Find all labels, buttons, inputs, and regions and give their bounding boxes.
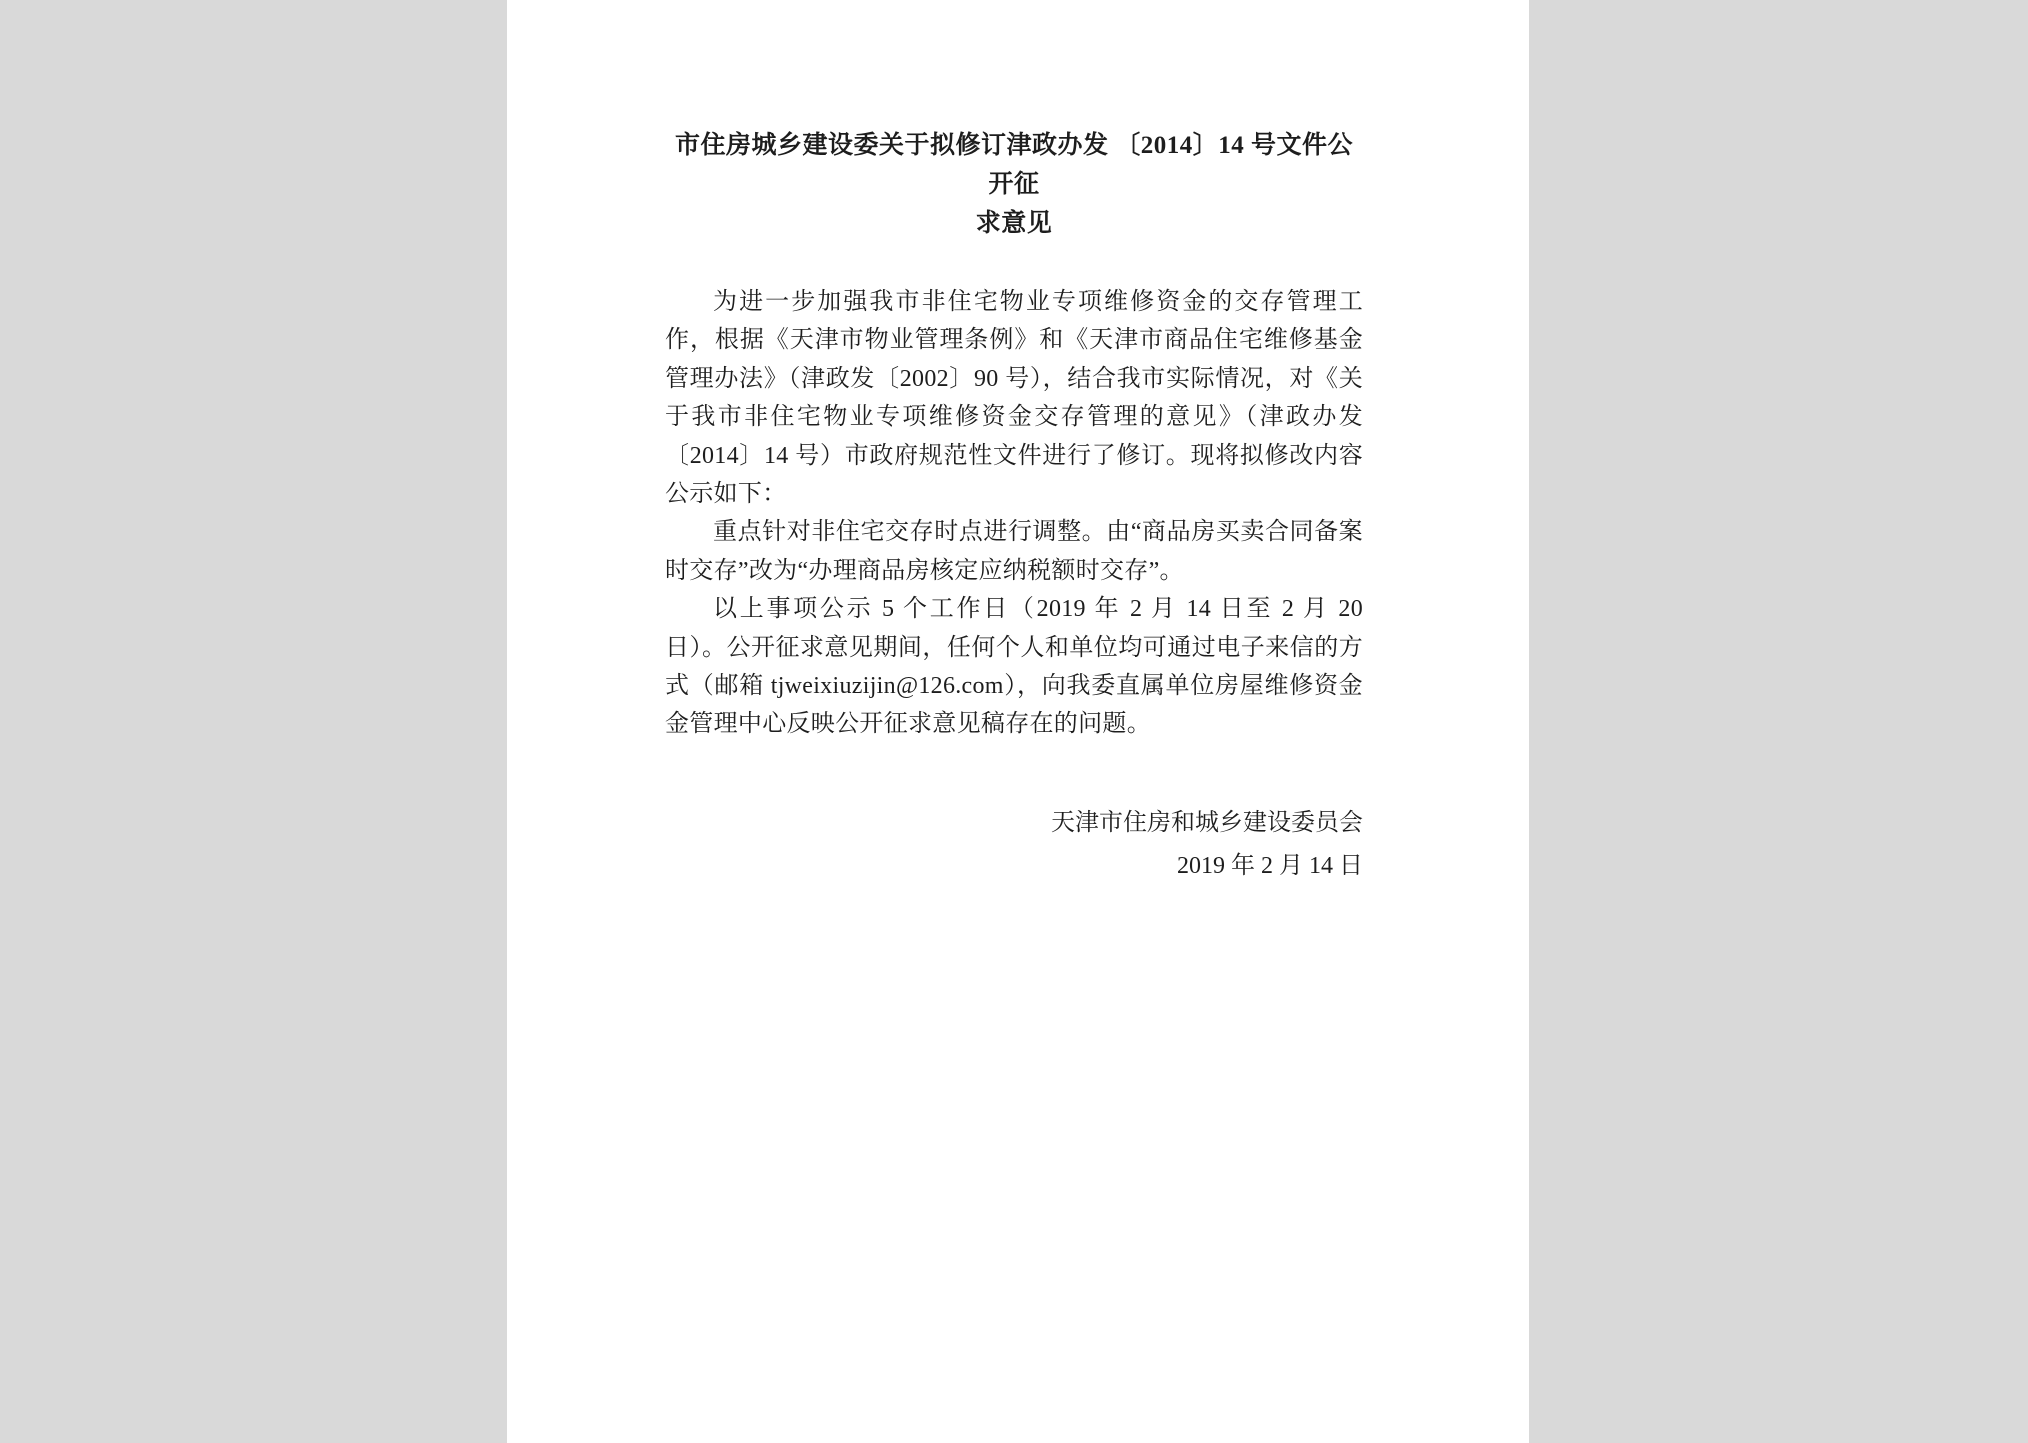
viewer-canvas: 市住房城乡建设委关于拟修订津政办发 〔2014〕14 号文件公开征 求意见 为进… <box>0 0 2028 1443</box>
document-title: 市住房城乡建设委关于拟修订津政办发 〔2014〕14 号文件公开征 求意见 <box>665 0 1363 243</box>
document-title-line1: 市住房城乡建设委关于拟修订津政办发 〔2014〕14 号文件公开征 <box>665 126 1363 204</box>
signature-org: 天津市住房和城乡建设委员会 <box>665 802 1363 845</box>
paragraph-1: 为进一步加强我市非住宅物业专项维修资金的交存管理工作，根据《天津市物业管理条例》… <box>665 283 1363 513</box>
document-page: 市住房城乡建设委关于拟修订津政办发 〔2014〕14 号文件公开征 求意见 为进… <box>507 0 1529 1443</box>
signature-date: 2019 年 2 月 14 日 <box>665 845 1363 888</box>
paragraph-2: 重点针对非住宅交存时点进行调整。由“商品房买卖合同备案时交存”改为“办理商品房核… <box>665 513 1363 590</box>
document-body: 为进一步加强我市非住宅物业专项维修资金的交存管理工作，根据《天津市物业管理条例》… <box>665 283 1363 744</box>
paragraph-3: 以上事项公示 5 个工作日（2019 年 2 月 14 日至 2 月 20 日）… <box>665 590 1363 744</box>
signature-block: 天津市住房和城乡建设委员会 2019 年 2 月 14 日 <box>665 802 1363 888</box>
document-title-line2: 求意见 <box>665 204 1363 243</box>
page-content: 市住房城乡建设委关于拟修订津政办发 〔2014〕14 号文件公开征 求意见 为进… <box>507 0 1529 1443</box>
